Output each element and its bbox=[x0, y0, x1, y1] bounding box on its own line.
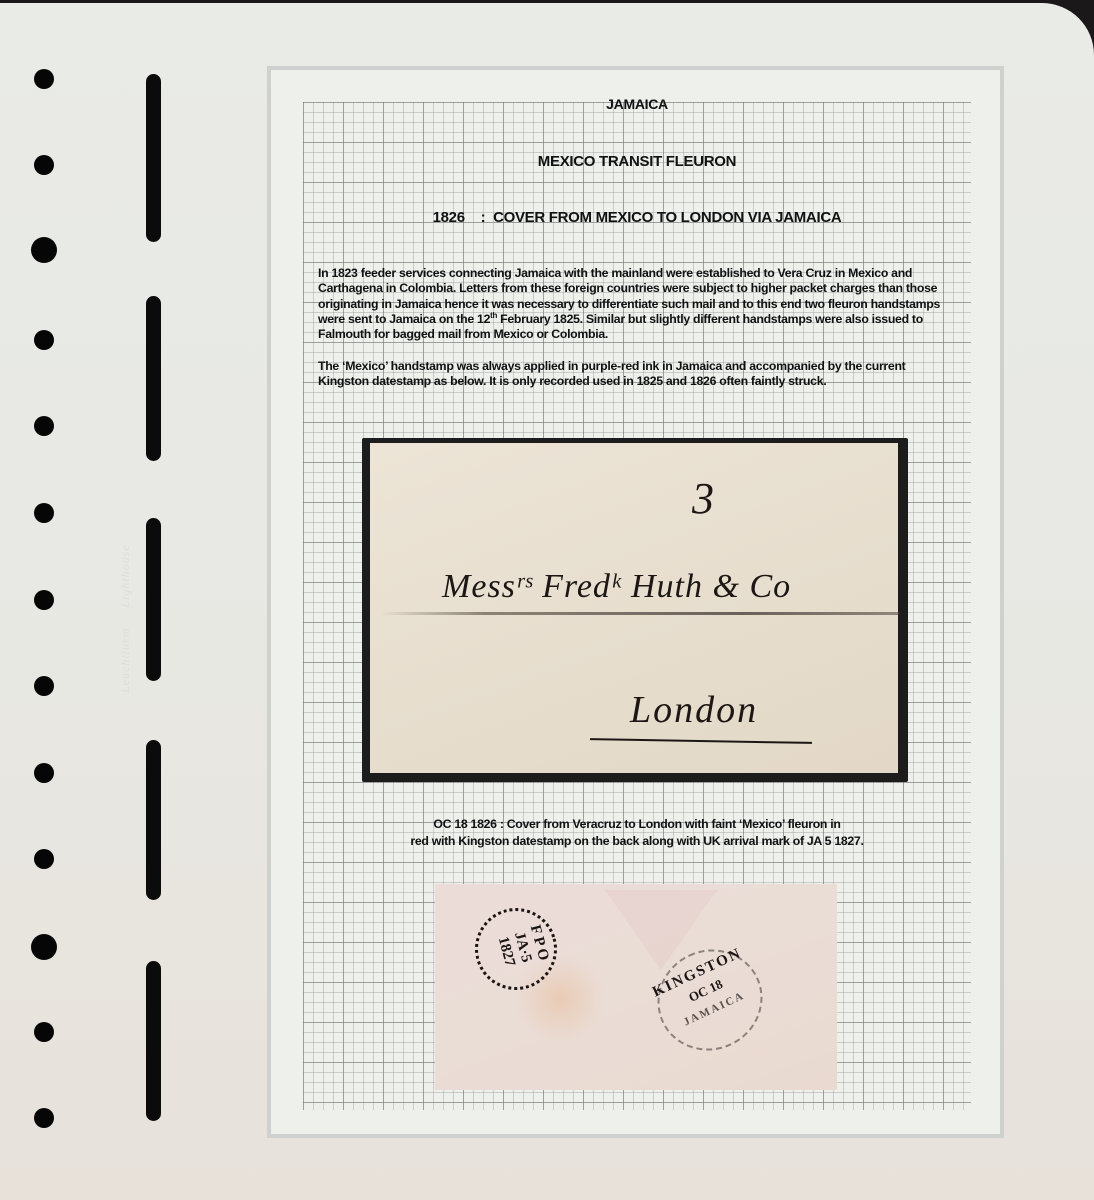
heading-text: COVER FROM MEXICO TO LONDON VIA JAMAICA bbox=[493, 209, 841, 226]
cover-destination: London bbox=[630, 688, 758, 732]
binder-hole bbox=[34, 763, 54, 783]
binder-hole bbox=[34, 849, 54, 869]
cover-back: F P O JA·5 1827 KINGSTON OC 18 JAMAICA bbox=[435, 884, 837, 1090]
binder-hole bbox=[31, 237, 57, 263]
destination-underline bbox=[590, 738, 812, 744]
binder-hole bbox=[34, 1108, 54, 1128]
binder-hole bbox=[34, 330, 54, 350]
album-watermark: Leuchtturm Lighthouse bbox=[118, 503, 142, 693]
handstamp-paragraph: The ‘Mexico’ handstamp was always applie… bbox=[318, 359, 958, 390]
binder-slot bbox=[146, 74, 161, 242]
binder-slot bbox=[146, 296, 161, 461]
binder-hole bbox=[34, 590, 54, 610]
binder-slot bbox=[146, 740, 161, 900]
cover-fold bbox=[380, 612, 900, 615]
binder-hole bbox=[31, 934, 57, 960]
cover-caption: OC 18 1826 : Cover from Veracruz to Lond… bbox=[303, 816, 971, 850]
binder-hole bbox=[34, 155, 54, 175]
cover-front: 3 Messʳˢ Fredᵏ Huth & Co London bbox=[370, 443, 898, 773]
binder-hole bbox=[34, 503, 54, 523]
section-heading: 1826 : COVER FROM MEXICO TO LONDON VIA J… bbox=[303, 209, 971, 226]
heading-year: 1826 bbox=[433, 209, 465, 226]
rate-mark: 3 bbox=[692, 473, 714, 524]
binder-hole bbox=[34, 1022, 54, 1042]
binder-hole bbox=[34, 676, 54, 696]
cover-front-mount: 3 Messʳˢ Fredᵏ Huth & Co London bbox=[362, 438, 908, 782]
binder-hole bbox=[34, 416, 54, 436]
page-title: JAMAICA bbox=[303, 96, 971, 112]
binder-slot bbox=[146, 518, 161, 681]
history-paragraph: In 1823 feeder services connecting Jamai… bbox=[318, 266, 958, 342]
binder-slot bbox=[146, 961, 161, 1121]
cover-addressee: Messʳˢ Fredᵏ Huth & Co bbox=[442, 568, 791, 606]
heading-separator: : bbox=[481, 209, 486, 226]
page-subtitle: MEXICO TRANSIT FLEURON bbox=[303, 153, 971, 170]
binder-hole bbox=[34, 69, 54, 89]
